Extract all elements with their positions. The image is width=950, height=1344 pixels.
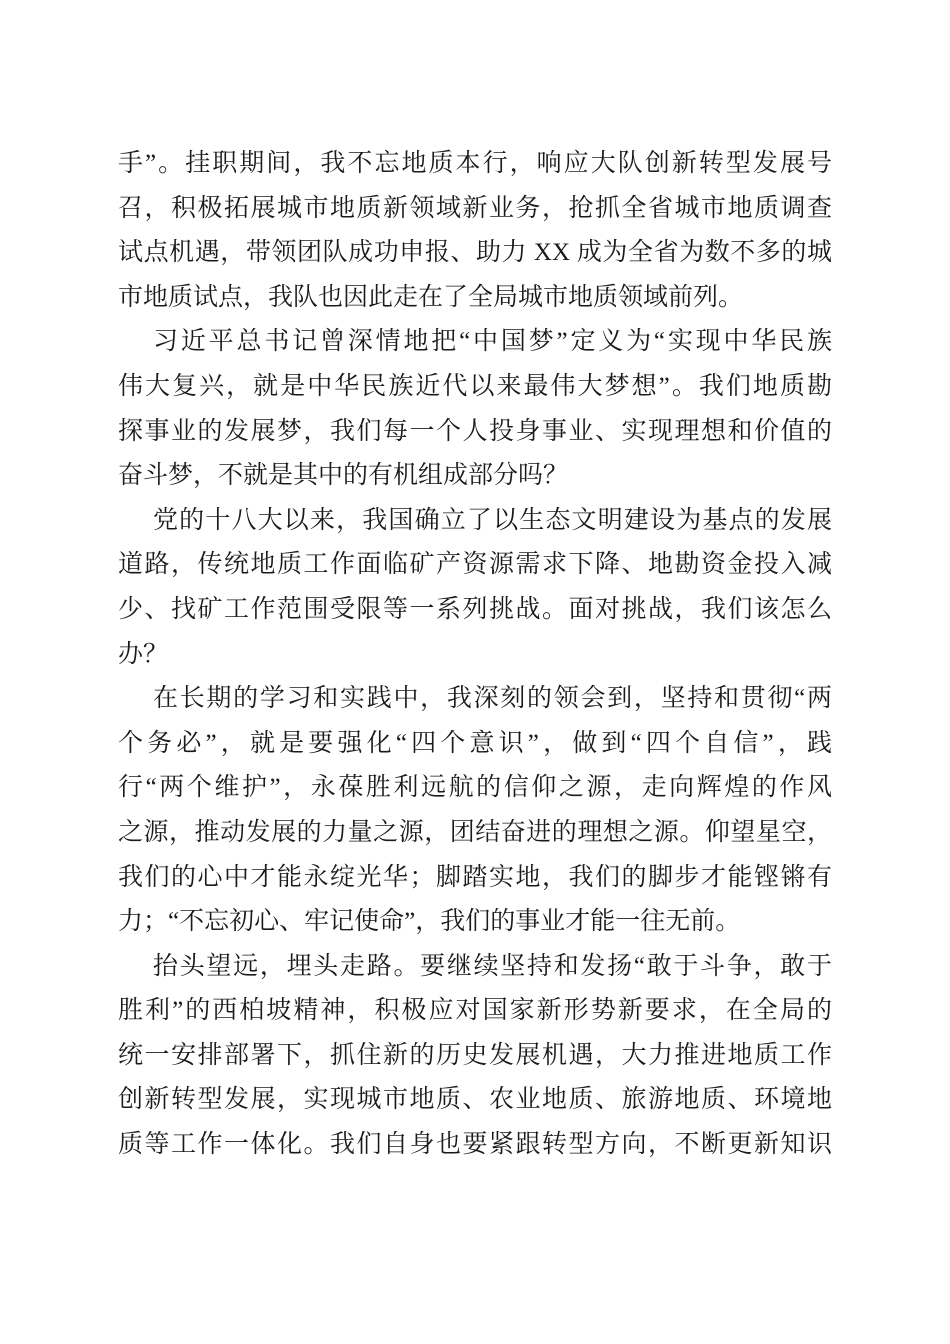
text-line: 我们的心中才能永绽光华；脚踏实地，我们的脚步才能铿锵有 xyxy=(118,856,832,901)
text-line: 办？ xyxy=(118,633,832,678)
text-line: 行“两个维护”，永葆胜利远航的信仰之源，走向辉煌的作风 xyxy=(118,766,832,811)
text-line: 少、找矿工作范围受限等一系列挑战。面对挑战，我们该怎么 xyxy=(118,588,832,633)
paragraph-4: 在长期的学习和实践中，我深刻的领会到，坚持和贯彻“两 个务必”，就是要强化“四个… xyxy=(118,677,832,945)
text-line: 手”。挂职期间，我不忘地质本行，响应大队创新转型发展号 xyxy=(118,142,832,187)
text-line: 之源，推动发展的力量之源，团结奋进的理想之源。仰望星空， xyxy=(118,811,832,856)
text-line: 力；“不忘初心、牢记使命”，我们的事业才能一往无前。 xyxy=(118,900,832,945)
text-line: 在长期的学习和实践中，我深刻的领会到，坚持和贯彻“两 xyxy=(118,677,832,722)
text-line: 道路，传统地质工作面临矿产资源需求下降、地勘资金投入减 xyxy=(118,543,832,588)
text-line: 个务必”，就是要强化“四个意识”，做到“四个自信”，践 xyxy=(118,722,832,767)
paragraph-5: 抬头望远，埋头走路。要继续坚持和发扬“敢于斗争，敢于 胜利”的西柏坡精神，积极应… xyxy=(118,945,832,1168)
text-line: 创新转型发展，实现城市地质、农业地质、旅游地质、环境地 xyxy=(118,1078,832,1123)
text-line: 奋斗梦，不就是其中的有机组成部分吗？ xyxy=(118,454,832,499)
paragraph-3: 党的十八大以来，我国确立了以生态文明建设为基点的发展 道路，传统地质工作面临矿产… xyxy=(118,499,832,677)
text-line: 试点机遇，带领团队成功申报、助力 XX 成为全省为数不多的城 xyxy=(118,231,832,276)
text-line: 抬头望远，埋头走路。要继续坚持和发扬“敢于斗争，敢于 xyxy=(118,945,832,990)
text-line: 质等工作一体化。我们自身也要紧跟转型方向，不断更新知识 xyxy=(118,1123,832,1168)
text-line: 召，积极拓展城市地质新领域新业务，抢抓全省城市地质调查 xyxy=(118,187,832,232)
text-line: 统一安排部署下，抓住新的历史发展机遇，大力推进地质工作 xyxy=(118,1034,832,1079)
document-page: 手”。挂职期间，我不忘地质本行，响应大队创新转型发展号 召，积极拓展城市地质新领… xyxy=(0,0,950,1344)
text-line: 伟大复兴，就是中华民族近代以来最伟大梦想”。我们地质勘 xyxy=(118,365,832,410)
paragraph-2: 习近平总书记曾深情地把“中国梦”定义为“实现中华民族 伟大复兴，就是中华民族近代… xyxy=(118,320,832,498)
text-line: 市地质试点，我队也因此走在了全局城市地质领域前列。 xyxy=(118,276,832,321)
text-line: 党的十八大以来，我国确立了以生态文明建设为基点的发展 xyxy=(118,499,832,544)
paragraph-1: 手”。挂职期间，我不忘地质本行，响应大队创新转型发展号 召，积极拓展城市地质新领… xyxy=(118,142,832,320)
text-line: 探事业的发展梦，我们每一个人投身事业、实现理想和价值的 xyxy=(118,410,832,455)
text-line: 习近平总书记曾深情地把“中国梦”定义为“实现中华民族 xyxy=(118,320,832,365)
text-line: 胜利”的西柏坡精神，积极应对国家新形势新要求，在全局的 xyxy=(118,989,832,1034)
